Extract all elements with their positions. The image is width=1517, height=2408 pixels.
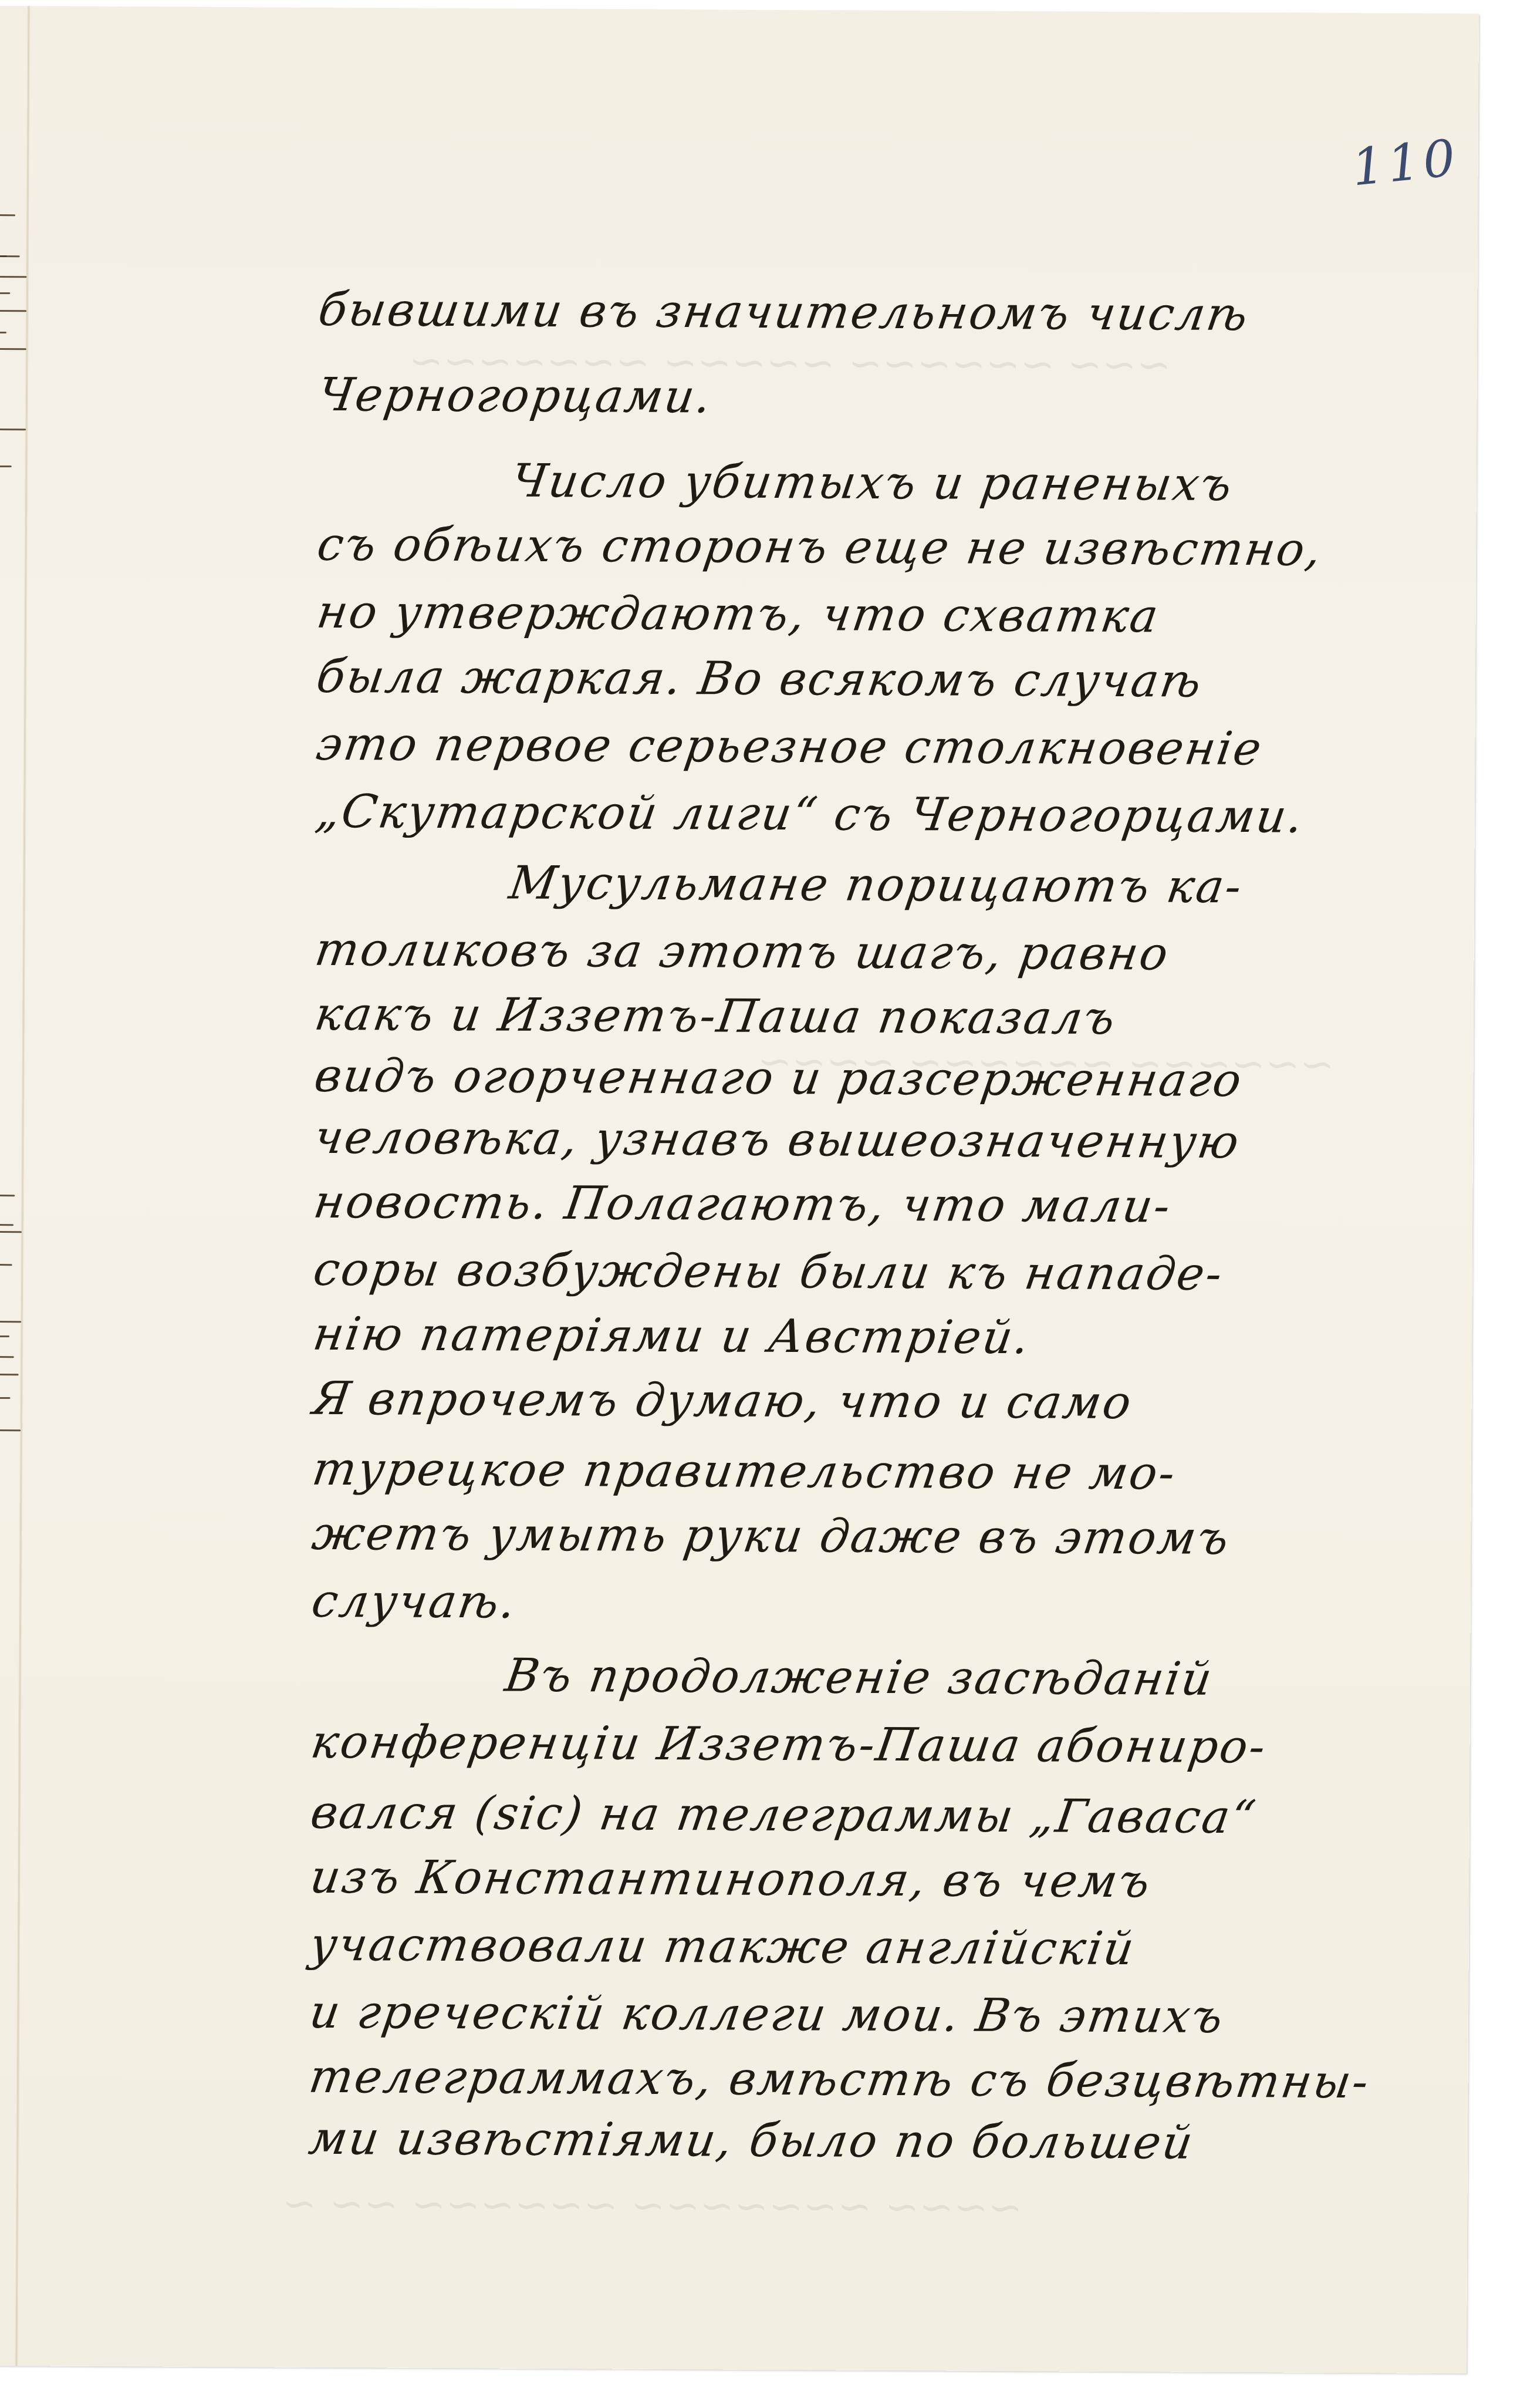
text-line: жетъ умыть руки даже въ этомъ xyxy=(309,1507,1234,1565)
text-line: съ обѣихъ сторонъ еще не извѣстно, xyxy=(314,518,1326,576)
margin-ink-stroke xyxy=(0,1429,21,1431)
text-line: новость. Полагаютъ, что мали- xyxy=(310,1176,1175,1233)
manuscript-text: бывшими въ значительномъ числѣ Черногорц… xyxy=(316,284,1478,289)
text-line: Число убитыхъ и раненыхъ xyxy=(508,455,1237,511)
text-line: Черногорцами. xyxy=(315,369,716,423)
text-line: была жаркая. Во всякомъ случаѣ xyxy=(313,650,1207,708)
text-line: это первое серьезное столкновеніе xyxy=(313,718,1266,775)
text-line: ми извѣстіями, было по большей xyxy=(306,2112,1198,2170)
text-line: Мусульмане порицаютъ ка- xyxy=(506,857,1246,913)
text-line: нію патеріями и Австріей. xyxy=(310,1308,1034,1364)
text-line: соры возбуждены были къ нападе- xyxy=(310,1243,1227,1301)
text-line: толиковъ за этотъ шагъ, равно xyxy=(312,923,1173,981)
show-through-text: ~~~~ ~~~~~~~ ~~~~~~ ~~ ~ xyxy=(282,2180,1022,2232)
margin-ink-stroke xyxy=(0,214,15,216)
text-line: турецкое правительство не мо- xyxy=(309,1443,1180,1500)
margin-ink-stroke xyxy=(0,332,6,333)
text-line: изъ Константинополя, въ чемъ xyxy=(307,1851,1155,1908)
margin-ink-stroke xyxy=(0,429,26,430)
margin-ink-stroke xyxy=(0,1356,14,1358)
text-line: участвовали также англійскій xyxy=(306,1918,1138,1975)
margin-ink-stroke xyxy=(0,1264,12,1266)
text-line: Я впрочемъ думаю, что и само xyxy=(309,1372,1136,1429)
text-line: вался (sic) на телеграммы „Гаваса“ xyxy=(308,1786,1261,1844)
margin-ink-stroke xyxy=(0,276,27,278)
text-line: какъ и Иззетъ-Паша показалъ xyxy=(312,988,1120,1045)
text-line: человѣка, узнавъ вышеозначенную xyxy=(311,1111,1244,1169)
text-line: бывшими въ значительномъ числѣ xyxy=(315,284,1253,341)
text-line: случаѣ. xyxy=(309,1575,521,1629)
text-line: и греческій коллеги мои. Въ этихъ xyxy=(306,1986,1228,2043)
margin-ink-stroke xyxy=(0,1195,15,1196)
folio-number: 110 xyxy=(1349,129,1461,198)
margin-ink-stroke xyxy=(0,1224,13,1226)
text-line: Въ продолженіе засѣданій xyxy=(502,1650,1217,1706)
margin-ink-stroke xyxy=(0,1321,21,1323)
text-line: „Скутарской лиги“ съ Черногорцами. xyxy=(313,785,1308,844)
margin-ink-stroke xyxy=(0,255,20,257)
text-line: видъ огорченнаго и разсерженнаго xyxy=(311,1050,1246,1107)
margin-ink-stroke xyxy=(0,466,12,467)
margin-ink-stroke xyxy=(0,1231,22,1233)
text-line: телеграммахъ, вмѣстѣ съ безцвѣтны- xyxy=(306,2050,1373,2109)
text-line: конференціи Иззетъ-Паша абониро- xyxy=(308,1716,1270,1773)
margin-ink-stroke xyxy=(0,1335,9,1337)
binding-fold xyxy=(15,6,31,2366)
margin-ink-stroke xyxy=(0,310,26,312)
manuscript-sheet: ~~~ ~~~~~~ ~~~~~ ~~~~~~~ ~~~~~~ ~~~~~~ ~… xyxy=(0,6,1479,2373)
margin-ink-stroke xyxy=(0,1374,19,1375)
margin-ink-stroke xyxy=(0,292,10,294)
margin-ink-stroke xyxy=(0,1397,11,1399)
margin-ink-stroke xyxy=(0,348,26,350)
text-line: но утверждаютъ, что схватка xyxy=(313,586,1163,643)
